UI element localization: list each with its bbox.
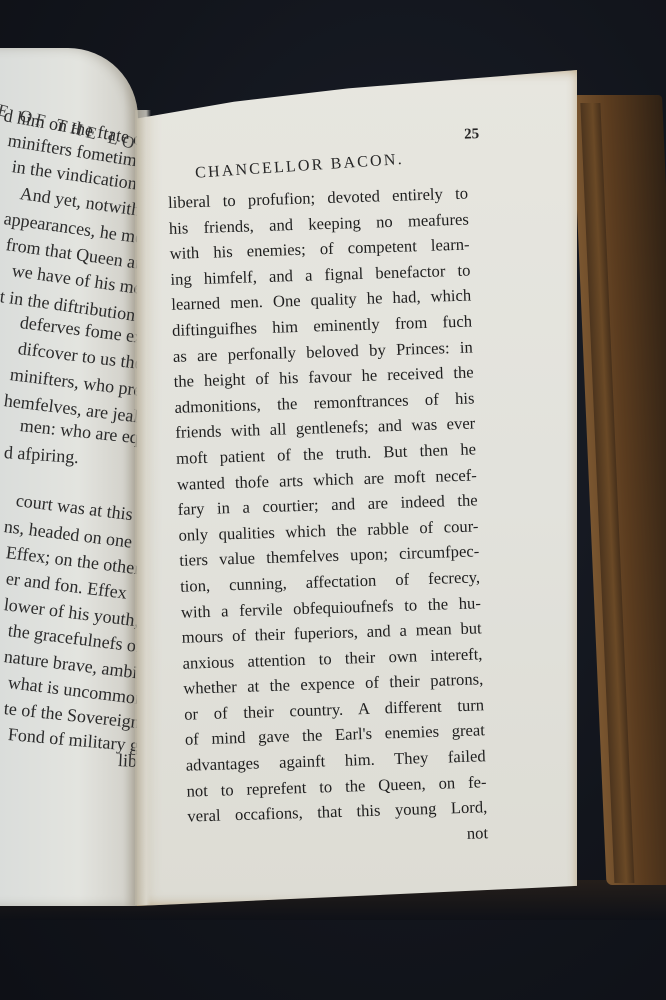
right-page-text: CHANCELLOR BACON. 25 liberal to profufio… xyxy=(166,126,500,855)
page-number: 25 xyxy=(464,126,480,143)
book-gutter xyxy=(135,110,151,905)
left-page: E OF THE LOR d him on the ftate ofminift… xyxy=(0,48,138,906)
running-title: CHANCELLOR BACON. xyxy=(195,151,405,183)
body-text: liberal to profufion; devoted entirely t… xyxy=(168,180,500,829)
left-text-line: d afpiring. xyxy=(3,442,79,468)
